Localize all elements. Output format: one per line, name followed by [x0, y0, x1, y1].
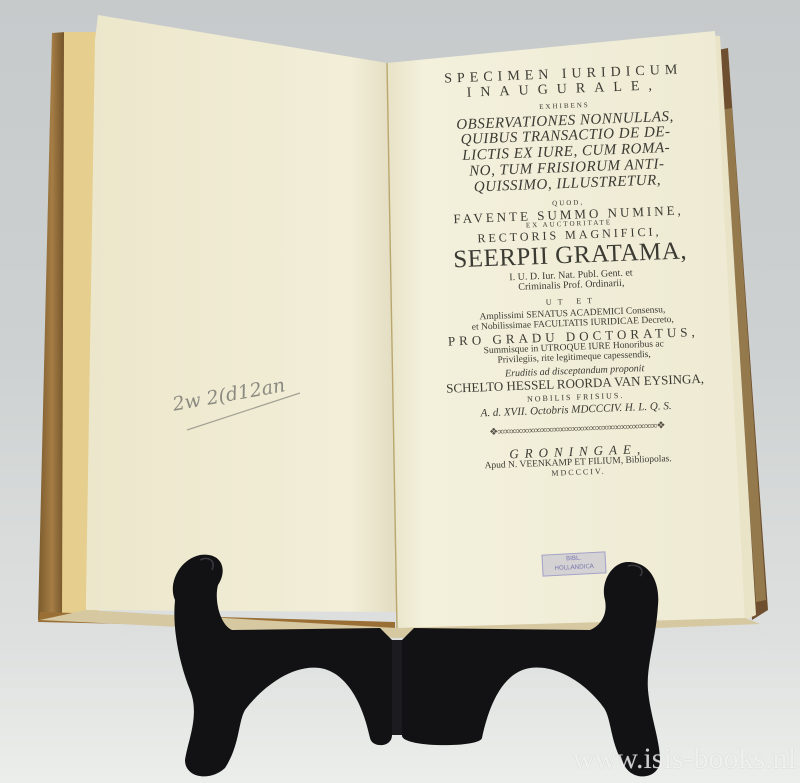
photo-scene: 2w 2(d12an SPECIMEN IURIDICUM INAUGURALE… — [0, 0, 800, 783]
stamp-line: HOLLANDICA — [543, 561, 605, 573]
watermark: www.isis-books.nl — [573, 742, 796, 776]
ornament-divider: ❖∞∞∞∞∞∞∞∞∞∞∞∞∞∞∞∞∞∞∞∞∞∞∞∞∞∞❖ — [412, 418, 742, 441]
library-stamp: BIBL. HOLLANDICA — [541, 551, 606, 576]
left-page — [86, 15, 397, 612]
title-page-text: SPECIMEN IURIDICUM INAUGURALE, EXHIBENS … — [398, 62, 743, 483]
